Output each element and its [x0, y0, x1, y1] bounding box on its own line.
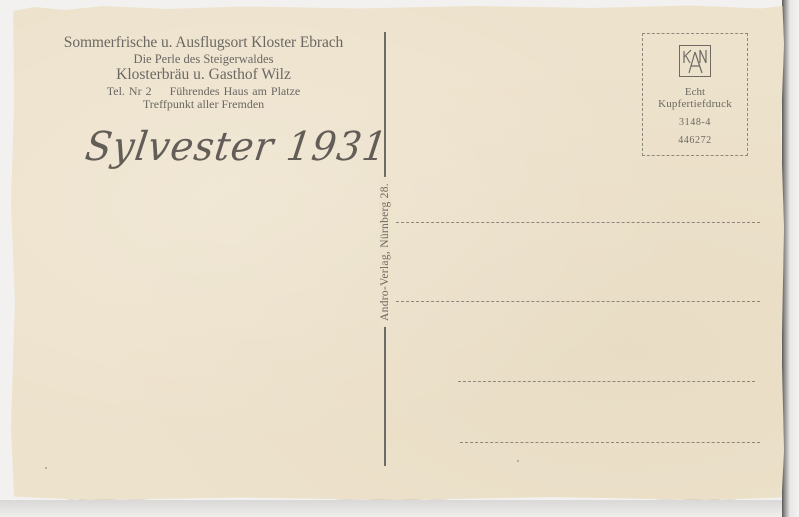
print-type-line1: Echt: [643, 86, 747, 98]
stamp-box: Echt Kupfertiefdruck 3148-4 446272: [642, 33, 748, 156]
catalog-number: 3148-4: [643, 117, 747, 128]
header-line-phone: Tel. Nr 2Führendes Haus am Platze: [31, 85, 376, 97]
header-line-tagline: Die Perle des Steigerwaldes: [31, 53, 376, 66]
address-line-4: [460, 442, 760, 443]
postcard: Sommerfrische u. Ausflugsort Kloster Ebr…: [11, 5, 784, 500]
address-line-2: [396, 301, 760, 302]
header-line-inn: Klosterbräu u. Gasthof Wilz: [31, 67, 376, 83]
print-type-line2: Kupfertiefdruck: [643, 98, 747, 111]
phone-number: Tel. Nr 2: [107, 84, 152, 98]
header-slogan: Führendes Haus am Platze: [170, 84, 301, 98]
address-line-3: [458, 381, 755, 382]
address-line-1: [396, 222, 760, 223]
paper-speck: [45, 467, 47, 469]
handwritten-note: Sylvester 1931: [83, 123, 391, 169]
kan-monogram-logo-icon: [679, 45, 711, 77]
postcard-header: Sommerfrische u. Ausflugsort Kloster Ebr…: [31, 35, 376, 110]
scanner-background-bottom: [0, 500, 799, 517]
header-line-resort: Sommerfrische u. Ausflugsort Kloster Ebr…: [31, 35, 376, 51]
publisher-imprint: Andro-Verlag, Nürnberg 28.: [379, 177, 391, 327]
serial-number: 446272: [643, 135, 747, 146]
paper-speck: [517, 460, 519, 462]
scanner-background-right: [782, 0, 799, 517]
header-line-meeting-point: Treffpunkt aller Fremden: [31, 98, 376, 110]
